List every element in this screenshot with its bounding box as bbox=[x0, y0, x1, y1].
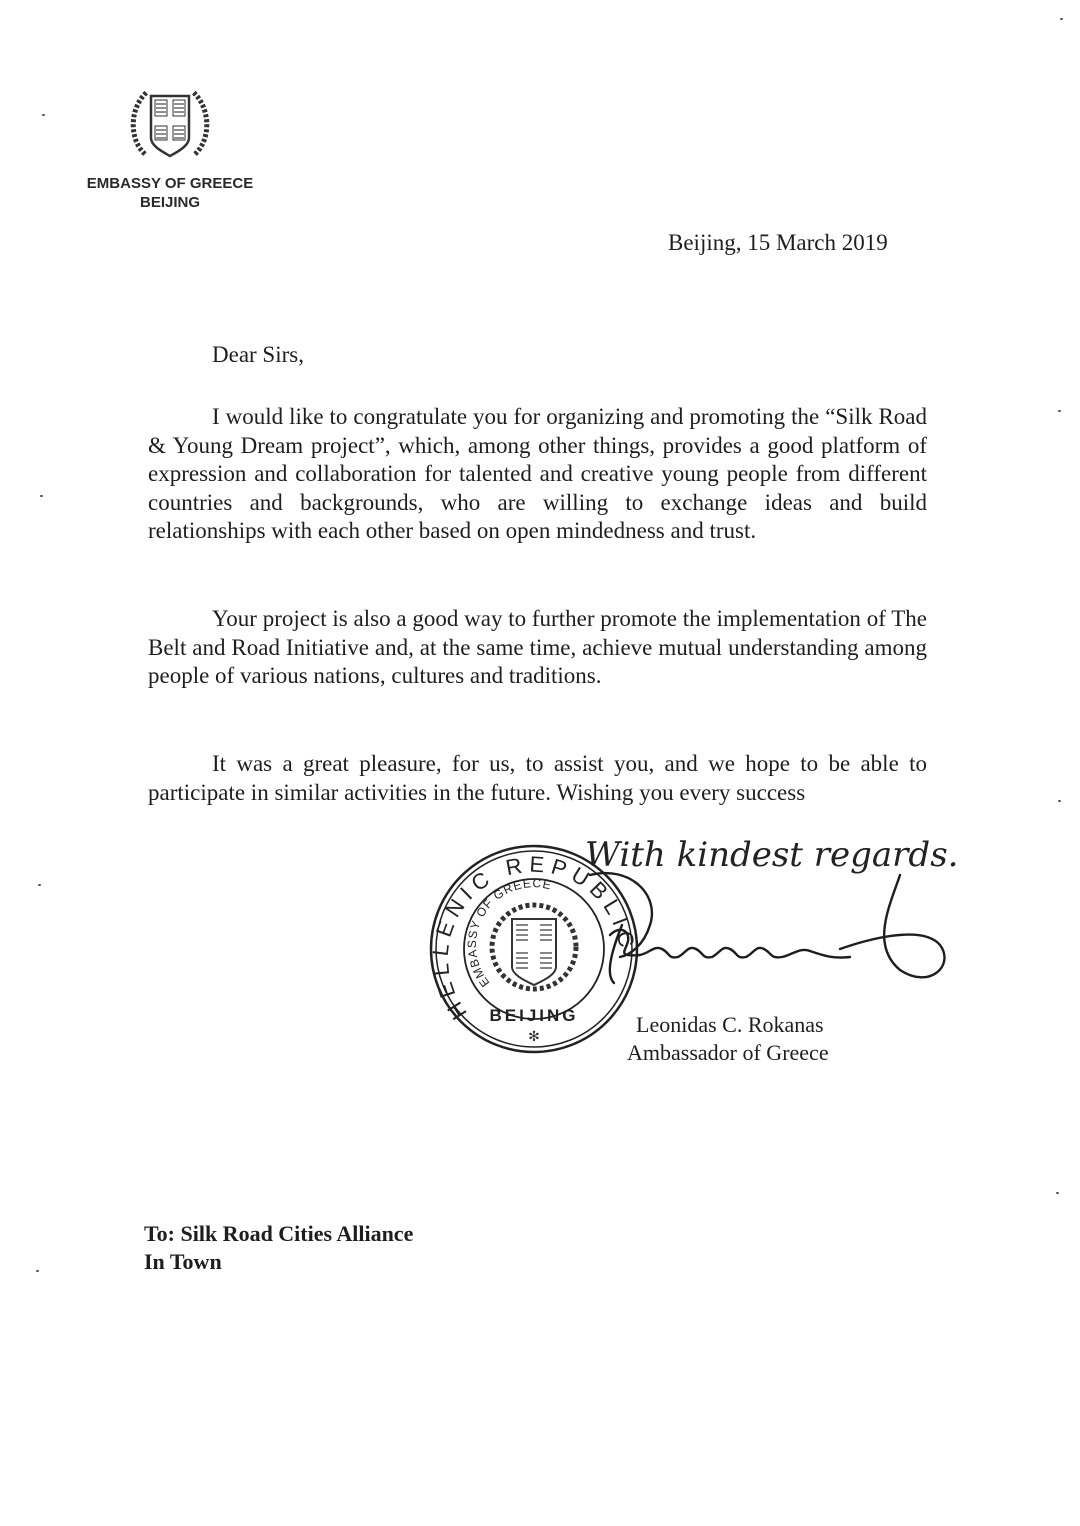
letterhead: EMBASSY OF GREECE BEIJING bbox=[60, 174, 280, 212]
scan-speck bbox=[36, 1270, 39, 1272]
salutation: Dear Sirs, bbox=[212, 342, 304, 368]
seal-bottom-text: BEIJING bbox=[489, 1006, 578, 1025]
body-paragraph-2: Your project is also a good way to furth… bbox=[148, 605, 927, 691]
recipient-name: To: Silk Road Cities Alliance bbox=[144, 1220, 413, 1248]
svg-text:✻: ✻ bbox=[528, 1029, 540, 1045]
scan-speck bbox=[38, 884, 41, 886]
signer-name: Leonidas C. Rokanas bbox=[636, 1011, 829, 1039]
greek-coat-of-arms-icon bbox=[125, 82, 215, 166]
recipient-block: To: Silk Road Cities Alliance In Town bbox=[144, 1220, 413, 1276]
scan-speck bbox=[1058, 800, 1061, 802]
recipient-location: In Town bbox=[144, 1248, 413, 1276]
scan-speck bbox=[1056, 1192, 1059, 1194]
signer-block: Leonidas C. Rokanas Ambassador of Greece bbox=[636, 1011, 829, 1067]
body-paragraph-1: I would like to congratulate you for org… bbox=[148, 403, 927, 546]
letterhead-city: BEIJING bbox=[60, 193, 280, 212]
scan-speck bbox=[40, 495, 43, 497]
letter-date: Beijing, 15 March 2019 bbox=[668, 230, 888, 256]
body-paragraph-3: It was a great pleasure, for us, to assi… bbox=[148, 750, 927, 807]
signer-title: Ambassador of Greece bbox=[627, 1039, 829, 1067]
scan-speck bbox=[42, 114, 45, 116]
scan-speck bbox=[1058, 410, 1061, 412]
scan-speck bbox=[1060, 18, 1063, 20]
letterhead-embassy: EMBASSY OF GREECE bbox=[60, 174, 280, 193]
handwritten-signature-icon bbox=[570, 865, 960, 995]
